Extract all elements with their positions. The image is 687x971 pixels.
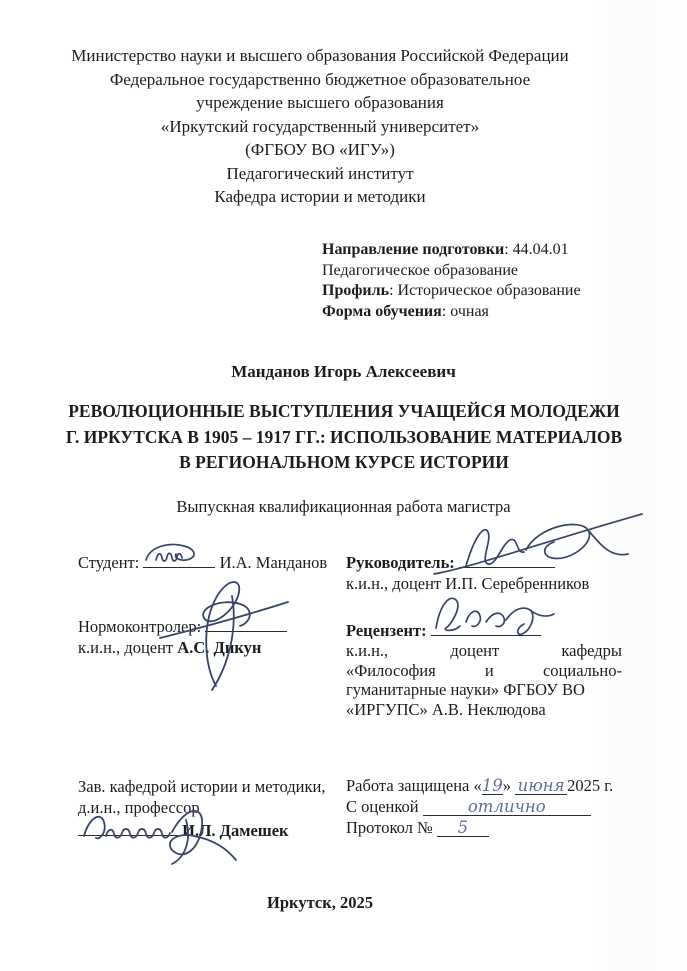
thesis-title-line: РЕВОЛЮЦИОННЫЕ ВЫСТУПЛЕНИЯ УЧАЩЕЙСЯ МОЛОД… (14, 399, 674, 425)
reviewer-line: «ИРГУПС» А.В. Неклюдова (346, 700, 622, 720)
university-header: Министерство науки и высшего образования… (0, 44, 640, 209)
reviewer-signature-line (431, 620, 541, 636)
reviewer-label: Рецензент: (346, 621, 427, 640)
header-line-federal: Федеральное государственно бюджетное обр… (0, 68, 640, 92)
author-name: Манданов Игорь Алексеевич (0, 362, 687, 382)
thesis-title-page: Министерство науки и высшего образования… (0, 0, 687, 971)
student-label: Студент: (78, 553, 139, 572)
program-direction-label: Направление подготовки (322, 241, 504, 258)
student-row: Студент: И.А. Манданов (78, 552, 327, 573)
dept-head-line2: д.и.н., профессор (78, 798, 200, 818)
defense-month-handwritten: июня (515, 777, 567, 795)
header-line-institution: учреждение высшего образования (0, 91, 640, 115)
defense-quote-close: » (503, 776, 515, 795)
program-form-value: : очная (442, 303, 489, 320)
defense-year: 2025 г. (567, 776, 613, 795)
program-info: Направление подготовки: 44.04.01 Педагог… (322, 240, 581, 322)
reviewer-row: Рецензент: (346, 620, 622, 641)
thesis-subtitle: Выпускная квалификационная работа магист… (0, 497, 687, 517)
thesis-title-line: Г. ИРКУТСКА В 1905 – 1917 ГГ.: ИСПОЛЬЗОВ… (14, 425, 674, 451)
program-direction: Направление подготовки: 44.04.01 (322, 240, 581, 261)
normocontroller-row: Нормоконтролер: (78, 616, 287, 637)
thesis-title: РЕВОЛЮЦИОННЫЕ ВЫСТУПЛЕНИЯ УЧАЩЕЙСЯ МОЛОД… (14, 399, 674, 476)
normocontroller-signature-line (205, 616, 287, 632)
program-form: Форма обучения: очная (322, 302, 581, 323)
protocol-label: Протокол № (346, 818, 437, 837)
dept-head-line1: Зав. кафедрой истории и методики, (78, 777, 325, 797)
dept-head-signature-line (78, 820, 178, 836)
student-signature-line (143, 552, 215, 568)
supervisor-row: Руководитель: (346, 552, 622, 573)
grade-value-handwritten: отлично (423, 798, 591, 816)
dept-head-name: И.Л. Дамешек (182, 821, 288, 840)
reviewer-line: «Философия и социально- (346, 661, 622, 681)
supervisor-qualification: к.и.н., доцент И.П. Серебренников (346, 574, 622, 594)
supervisor-label: Руководитель: (346, 553, 455, 572)
defense-day-handwritten: 19 (482, 777, 503, 795)
normocontroller-name: А.С. Дикун (177, 638, 261, 657)
thesis-title-line: В РЕГИОНАЛЬНОМ КУРСЕ ИСТОРИИ (14, 450, 674, 476)
header-line-institute: Педагогический институт (0, 162, 640, 186)
reviewer-qualification: к.и.н., доцент кафедры «Философия и соци… (346, 641, 622, 719)
reviewer-line: к.и.н., доцент кафедры (346, 641, 622, 661)
program-profile: Профиль: Историческое образование (322, 281, 581, 302)
header-line-department: Кафедра истории и методики (0, 185, 640, 209)
defense-prefix: Работа защищена « (346, 776, 482, 795)
student-name: И.А. Манданов (220, 553, 328, 572)
dept-head-sign-row: И.Л. Дамешек (78, 820, 289, 841)
normocontroller-qualification: к.и.н., доцент А.С. Дикун (78, 638, 261, 658)
grade-row: С оценкой отлично (346, 797, 622, 817)
city-year-footer: Иркутск, 2025 (0, 893, 640, 913)
normocontroller-label: Нормоконтролер: (78, 617, 201, 636)
header-line-university: «Иркутский государственный университет» (0, 115, 640, 139)
defense-date-row: Работа защищена «19» июня2025 г. (346, 776, 622, 796)
protocol-number-handwritten: 5 (437, 819, 489, 837)
normocontroller-qual-text: к.и.н., доцент (78, 638, 177, 657)
program-profile-label: Профиль (322, 282, 389, 299)
program-direction-name: Педагогическое образование (322, 261, 581, 282)
supervisor-signature-line (459, 552, 555, 568)
program-form-label: Форма обучения (322, 303, 442, 320)
reviewer-line: гуманитарные науки» ФГБОУ ВО (346, 680, 622, 700)
header-line-ministry: Министерство науки и высшего образования… (0, 44, 640, 68)
program-direction-value: : 44.04.01 (504, 241, 568, 258)
protocol-row: Протокол № 5 (346, 818, 622, 838)
program-profile-value: : Историческое образование (389, 282, 581, 299)
grade-label: С оценкой (346, 797, 423, 816)
header-line-abbrev: (ФГБОУ ВО «ИГУ») (0, 138, 640, 162)
